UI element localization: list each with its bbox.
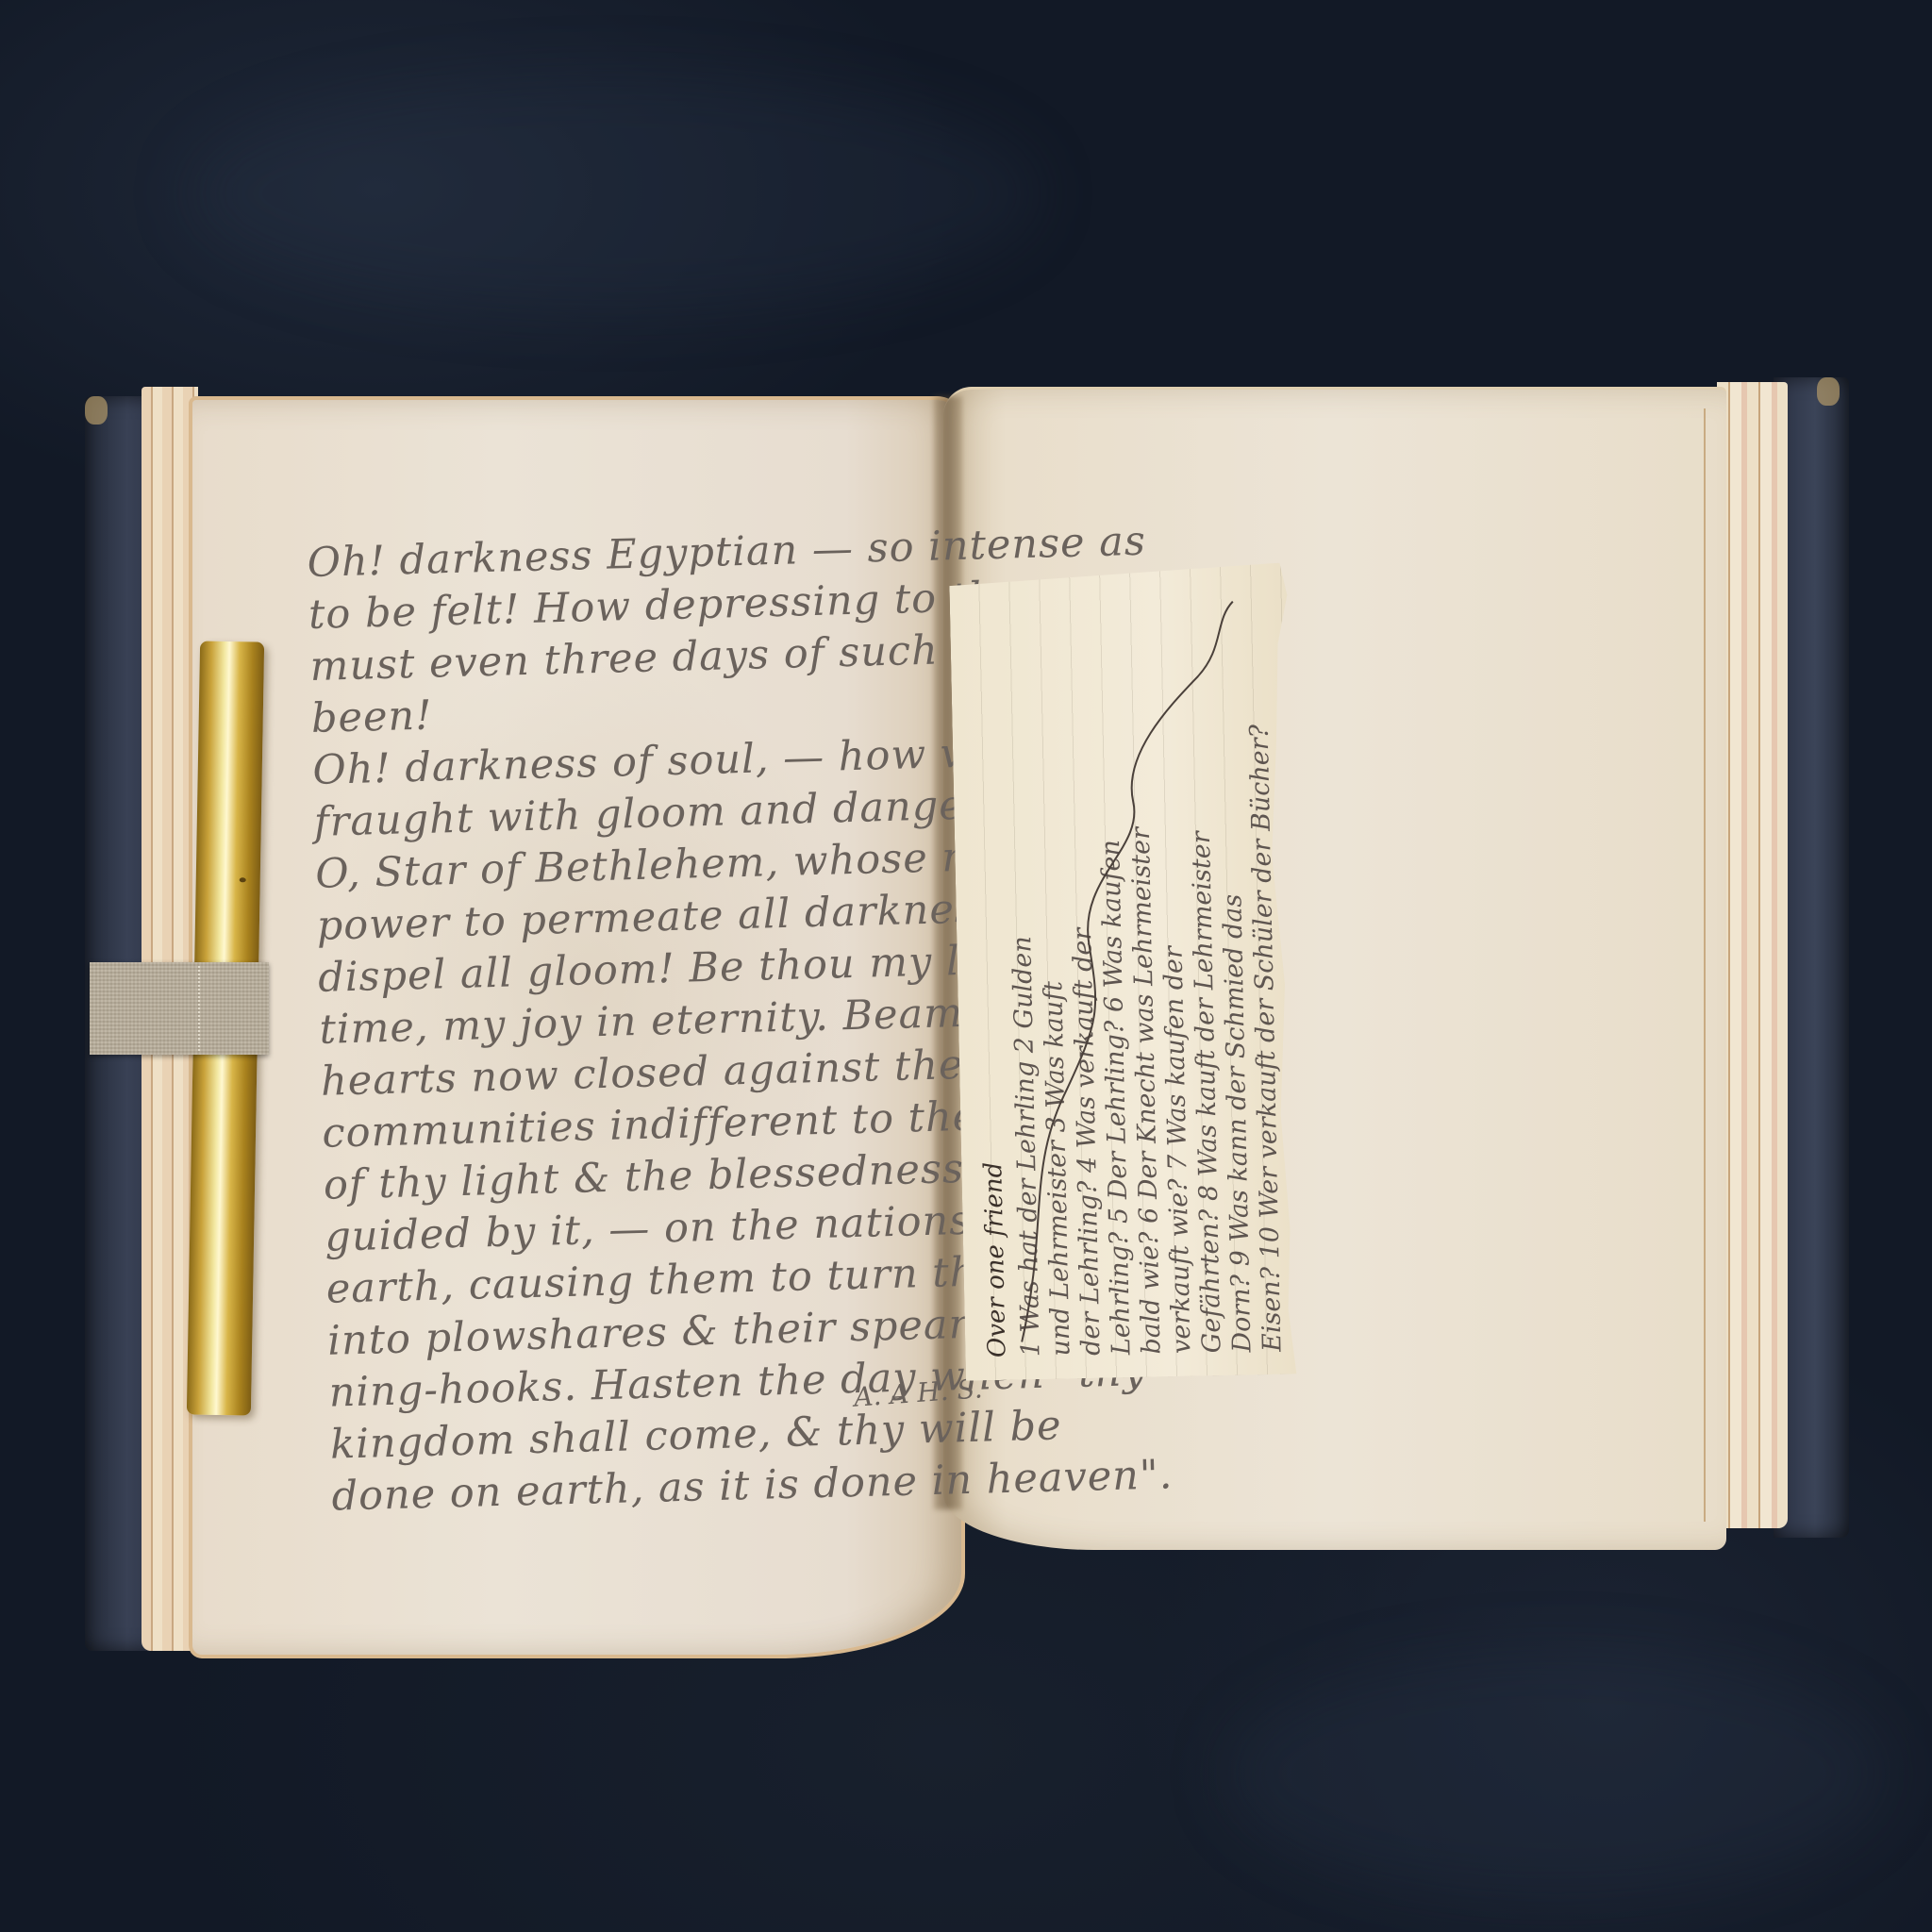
cover-corner-wear [85, 396, 108, 425]
velvet-fold [189, 75, 1038, 311]
fabric-pen-band [90, 962, 269, 1055]
pen-mark [240, 877, 246, 882]
cover-corner-wear [1817, 377, 1840, 406]
page-stack-right [1717, 382, 1788, 1528]
note-text: Over one friend 1 Was hat der Lehrling 2… [949, 562, 1310, 1380]
velvet-fold [1226, 1651, 1887, 1896]
inserted-note: Over one friend 1 Was hat der Lehrling 2… [949, 562, 1310, 1380]
band-stitching [198, 966, 200, 1051]
handwritten-prayer: Oh! darkness Egyptian — so intense as to… [307, 521, 983, 1524]
